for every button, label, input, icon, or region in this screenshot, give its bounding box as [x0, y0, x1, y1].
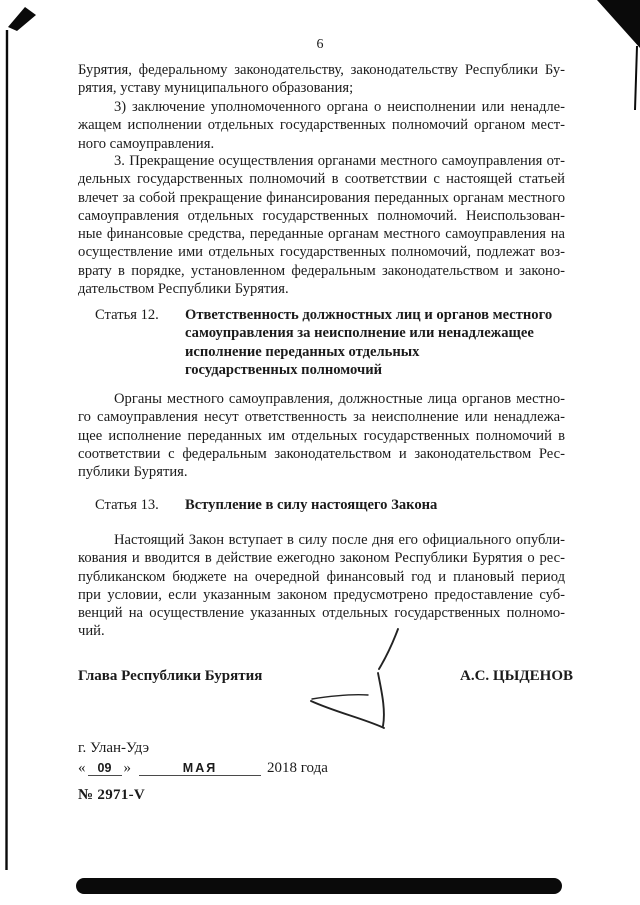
text-line: кования и вводится в действие ежегодно з… — [78, 549, 565, 567]
text-line: влечет за собой прекращение финансирован… — [78, 189, 565, 207]
article-label: Статья 12. — [95, 306, 185, 324]
scan-artifact-bottom-bar — [76, 878, 562, 894]
article-title: самоуправления за неисполнение или ненад… — [185, 324, 565, 342]
text-line: ные финансовые средства, переданные орга… — [78, 225, 565, 243]
text-line: ного самоуправления. — [78, 135, 565, 153]
text-line: рятия, уставу муниципального образования… — [78, 79, 565, 97]
document-number: № 2971-V — [78, 787, 145, 804]
scan-artifact-left-edge-line — [6, 30, 7, 870]
article-label: Статья 13. — [95, 496, 185, 514]
text-line: жащем исполнении отдельных государственн… — [78, 116, 565, 134]
date-year: 2018 года — [267, 760, 328, 777]
signatory-post: Глава Республики Бурятия — [78, 668, 262, 685]
article-13-heading: Статья 13.Вступление в силу настоящего З… — [78, 496, 565, 514]
text-line: щее исполнение переданных им отдельных г… — [78, 427, 565, 445]
text-line: венций на осуществление указанных отдель… — [78, 604, 565, 622]
signature-stroke — [311, 701, 384, 728]
article-title: Ответственность должностных лиц и органо… — [185, 307, 552, 323]
quote-close: » — [124, 760, 132, 777]
city-line: г. Улан-Удэ — [78, 740, 149, 757]
text-line: Органы местного самоуправления, должност… — [78, 390, 565, 408]
text-line: осуществление ими отдельных государствен… — [78, 243, 565, 261]
text-line: дательством Республики Бурятия. — [78, 280, 565, 298]
text-line: 3. Прекращение осуществления органами ме… — [78, 152, 565, 170]
text-line: публики Бурятия. — [78, 463, 565, 481]
text-line: Бурятия, федеральному законодательству, … — [78, 61, 565, 79]
paragraph-responsibility: Органы местного самоуправления, должност… — [78, 390, 565, 481]
text-line: самоуправления отдельных государственных… — [78, 207, 565, 225]
article-12-heading: Статья 12.Ответственность должностных ли… — [78, 306, 565, 379]
date-month: МАЯ — [139, 761, 261, 776]
article-heading-line: Статья 12.Ответственность должностных ли… — [78, 306, 565, 324]
text-line: го самоуправления несут ответственность … — [78, 408, 565, 426]
scan-artifact-top-left — [8, 7, 36, 31]
paragraph-entry-into-force: Настоящий Закон вступает в силу после дн… — [78, 531, 565, 641]
signature-stroke — [312, 695, 368, 699]
paragraph-clause-3: 3. Прекращение осуществления органами ме… — [78, 152, 565, 298]
date-line: «09»МАЯ2018 года — [78, 760, 328, 777]
text-line: публиканском бюджете на очередной финанс… — [78, 568, 565, 586]
page-number: 6 — [0, 37, 640, 53]
signature-row: Глава Республики Бурятия А.С. ЦЫДЕНОВ — [78, 668, 573, 685]
article-heading-line: Статья 13.Вступление в силу настоящего З… — [78, 496, 565, 514]
article-title: исполнение переданных отдельных — [185, 343, 565, 361]
text-line: чий. — [78, 622, 565, 640]
text-line: при условии, если указанным законом пред… — [78, 586, 565, 604]
article-title: Вступление в силу настоящего Закона — [185, 497, 437, 513]
signatory-name: А.С. ЦЫДЕНОВ — [460, 668, 573, 685]
paragraph-item-3: 3) заключение уполномоченного органа о н… — [78, 98, 565, 153]
text-line: Настоящий Закон вступает в силу после дн… — [78, 531, 565, 549]
text-line: врату в порядке, установленном федеральн… — [78, 262, 565, 280]
text-line: 3) заключение уполномоченного органа о н… — [78, 98, 565, 116]
scan-artifact-right-edge-line — [635, 46, 637, 110]
quote-open: « — [78, 760, 86, 777]
paragraph-continuation: Бурятия, федеральному законодательству, … — [78, 61, 565, 98]
text-line: дельных государственных полномочий в соо… — [78, 170, 565, 188]
article-title: государственных полномочий — [185, 361, 565, 379]
date-day: 09 — [88, 761, 122, 776]
scanned-document-page: { "page": { "number": "6" }, "body": { "… — [0, 0, 640, 905]
text-line: соответствии с федеральным законодательс… — [78, 445, 565, 463]
